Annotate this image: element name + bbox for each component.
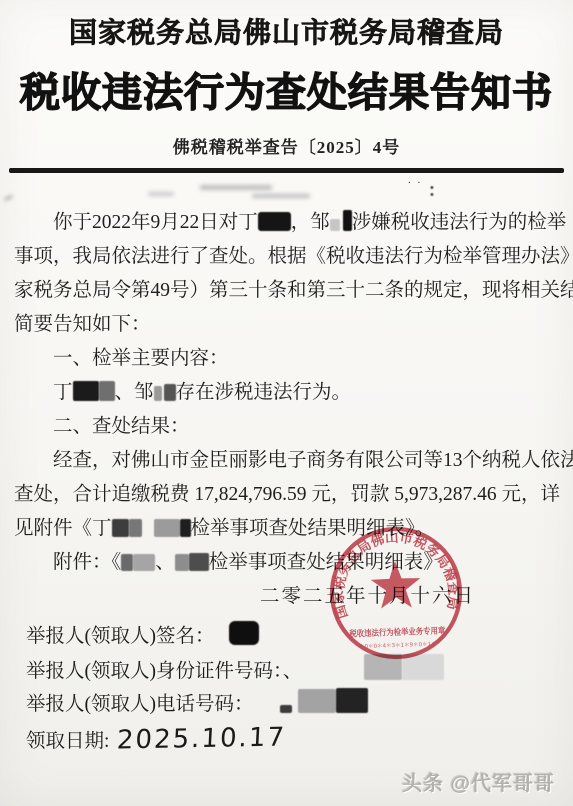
text-segment: 附件：《 (53, 552, 121, 573)
paragraph-line: 简要告知如下： (14, 308, 561, 342)
addressee-colon: ： (428, 176, 445, 201)
paragraph-line: 事项，我局依法进行了查处。根据《税收违法行为检举管理办法》（国 (14, 240, 561, 274)
redaction-block (258, 212, 291, 231)
scan-artifact-dots: ∙ ∙ (408, 177, 422, 189)
document-body: 你于2022年9月22日对丁，邹涉嫌税收违法行为的检举 事项，我局依法进行了查处… (0, 206, 573, 614)
redaction-smudge (252, 194, 310, 198)
watermark: 头条 @代军哥哥 (402, 767, 555, 796)
section1-content: 丁、邹存在涉税违法行为。 (14, 376, 561, 410)
text-segment: 事项，我局依法进行了查处。根据《税收违法行为检举管理办法》（国 (14, 246, 573, 267)
section1-heading: 一、检举主要内容： (14, 342, 561, 376)
section2-heading: 二、查处结果： (14, 410, 561, 444)
issuing-agency: 国家税务总局佛山市税务局稽查局 (0, 0, 573, 53)
redaction-smudge (200, 185, 272, 190)
scan-artifact (4, 195, 13, 201)
text-segment: 家税务总局令第49号）第三十条和第三十二条的规定，现将相关结果 (14, 280, 573, 301)
text-segment: 查处，合计追缴税费 17,824,796.59 元，罚款 5,973,287.4… (14, 484, 560, 505)
text-segment: 举报人(领取人)电话号码： (26, 694, 254, 715)
text-segment: 检举事项查处结果明细表》 (209, 552, 443, 573)
paragraph-line: 查处，合计追缴税费 17,824,796.59 元，罚款 5,973,287.4… (14, 478, 561, 512)
redaction-block (154, 519, 180, 537)
phone-number-row: 举报人(领取人)电话号码： (26, 688, 573, 722)
redaction-block (73, 381, 99, 401)
text-segment: 丁 (53, 382, 73, 403)
paragraph-line: 你于2022年9月22日对丁，邹涉嫌税收违法行为的检举 (14, 206, 561, 240)
redaction-block (180, 519, 191, 537)
paragraph-line: 家税务总局令第49号）第三十条和第三十二条的规定，现将相关结果 (14, 274, 561, 308)
signature-row: 举报人(领取人)签名： (26, 620, 573, 654)
redaction-block (298, 689, 336, 713)
redaction-block (164, 384, 176, 401)
receive-date-handwritten: 2025.10.17 (116, 721, 287, 758)
id-number-row: 举报人(领取人)身份证件号码：、 (26, 654, 573, 688)
redaction-block (175, 554, 189, 571)
attachment-line: 附件：《、检举事项查处结果明细表》 (14, 546, 561, 580)
document-number: 佛税稽税举查告〔2025〕4号 (0, 135, 573, 161)
text-segment: 见附件《丁 (14, 518, 112, 539)
paragraph-line: 经查，对佛山市金臣丽影电子商务有限公司等13个纳税人依法 (14, 444, 561, 478)
redaction-block (364, 654, 402, 680)
redaction-block (133, 554, 155, 571)
text-segment: 、 (155, 552, 175, 573)
addressee-line-redacted: ∙ ∙ ： (0, 173, 573, 206)
redaction-block (189, 553, 209, 571)
receive-date-row: 领取日期:2025.10.17 (26, 722, 573, 756)
redaction-block (129, 519, 142, 537)
redaction-block (402, 654, 444, 680)
text-segment: 举报人(领取人)签名： (26, 626, 215, 647)
document-page: 国家税务总局佛山市税务局稽查局 税收违法行为查处结果告知书 佛税稽税举查告〔20… (0, 0, 573, 806)
redaction-block (229, 621, 259, 645)
text-segment: 你于2022年9月22日对丁 (53, 212, 258, 233)
text-segment: 经查，对佛山市金臣丽影电子商务有限公司等13个纳税人依法 (53, 450, 573, 471)
redaction-block (99, 381, 115, 401)
text-segment: 涉嫌税收违法行为的检举 (352, 212, 567, 233)
redaction-smudge (148, 192, 174, 196)
text-segment: ，邹 (291, 212, 330, 233)
text-segment: 存在涉税违法行为。 (176, 382, 352, 403)
text-segment: 一、检举主要内容： (53, 348, 229, 369)
issue-date: 二零二五年十月十六日 (14, 580, 561, 614)
redaction-block (121, 554, 133, 571)
paragraph-line: 见附件《丁检举事项查处结果明细表》。 (14, 512, 561, 546)
receive-date-label: 领取日期: (26, 731, 109, 752)
redaction-block (336, 688, 368, 713)
text-segment: 简要告知如下： (14, 314, 151, 335)
redaction-block (280, 705, 292, 713)
document-title: 税收违法行为查处结果告知书 (0, 66, 573, 120)
redaction-block (154, 386, 162, 401)
text-segment: 二、查处结果： (53, 416, 190, 437)
text-segment: 检举事项查处结果明细表》。 (191, 518, 435, 539)
signature-block: 举报人(领取人)签名： 举报人(领取人)身份证件号码：、 举报人(领取人)电话号… (0, 620, 573, 756)
redaction-block (112, 519, 129, 537)
redaction-block (343, 210, 352, 231)
redaction-block (330, 219, 340, 231)
text-segment: 举报人(领取人)身份证件号码：、 (26, 661, 302, 682)
text-segment: 、邹 (115, 382, 154, 403)
